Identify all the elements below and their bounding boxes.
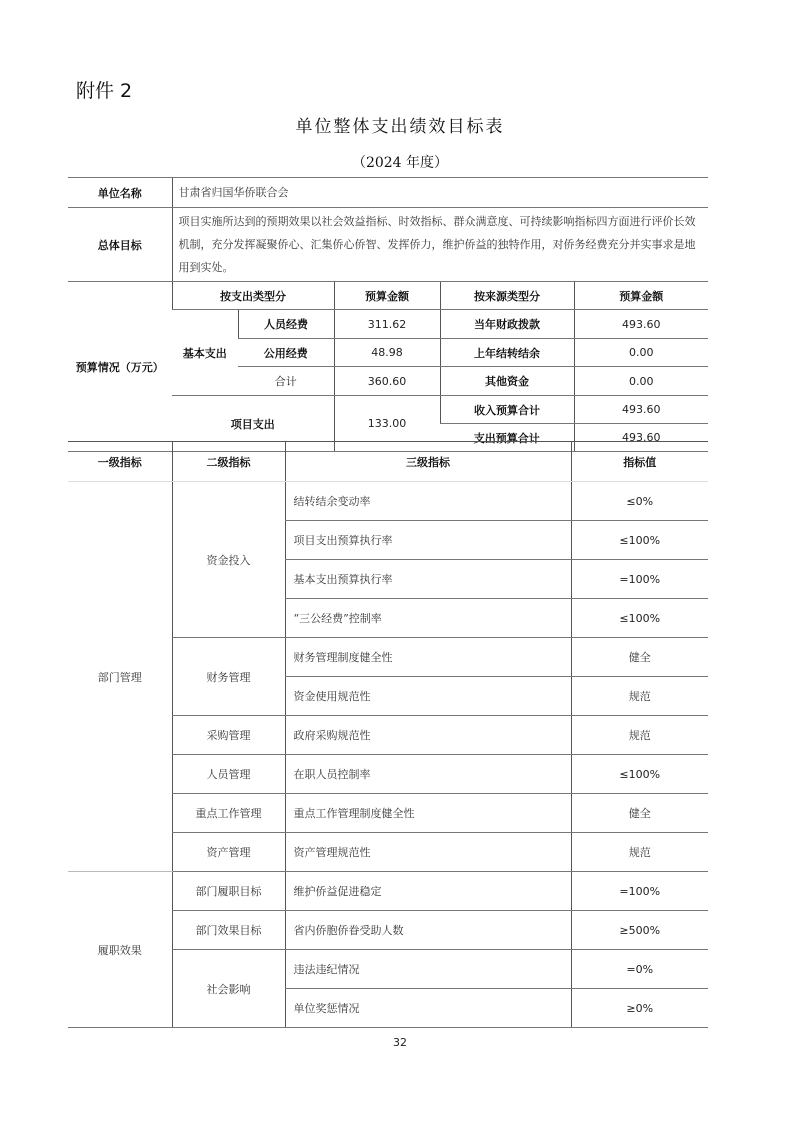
indicator-value: 健全 [571, 638, 708, 677]
source-name: 收入预算合计 [440, 396, 574, 424]
expense-amount: 360.60 [334, 367, 440, 396]
source-name: 当年财政拨款 [440, 310, 574, 339]
expense-name: 人员经费 [238, 310, 334, 339]
expense-name: 合计 [238, 367, 334, 396]
level2-cell: 部门履职目标 [172, 872, 285, 911]
level2-cell: 财务管理 [172, 638, 285, 716]
indicator-value: ≤100% [571, 755, 708, 794]
header-level3: 三级指标 [285, 442, 571, 482]
level3-cell: 违法违纪情况 [285, 950, 571, 989]
unit-name-value: 甘肃省归国华侨联合会 [172, 178, 708, 208]
indicator-value: =100% [571, 560, 708, 599]
level3-cell: 维护侨益促进稳定 [285, 872, 571, 911]
level3-cell: 结转结余变动率 [285, 482, 571, 521]
level2-cell: 重点工作管理 [172, 794, 285, 833]
level3-cell: 基本支出预算执行率 [285, 560, 571, 599]
level3-cell: “三公经费”控制率 [285, 599, 571, 638]
level3-cell: 项目支出预算执行率 [285, 521, 571, 560]
indicator-value: ≤0% [571, 482, 708, 521]
source-amount: 493.60 [574, 396, 708, 424]
expense-name: 公用经费 [238, 339, 334, 367]
indicator-value: 规范 [571, 716, 708, 755]
header-by-expense-type: 按支出类型分 [172, 282, 334, 310]
indicator-value: 健全 [571, 794, 708, 833]
indicator-value: 规范 [571, 833, 708, 872]
expense-amount: 48.98 [334, 339, 440, 367]
indicator-value: ≥0% [571, 989, 708, 1028]
indicator-value: ≥500% [571, 911, 708, 950]
level3-cell: 资金使用规范性 [285, 677, 571, 716]
document-title: 单位整体支出绩效目标表 [0, 112, 800, 137]
indicator-value: ≤100% [571, 521, 708, 560]
indicator-value: ≤100% [571, 599, 708, 638]
level3-cell: 重点工作管理制度健全性 [285, 794, 571, 833]
level3-cell: 在职人员控制率 [285, 755, 571, 794]
header-amount-1: 预算金额 [334, 282, 440, 310]
source-amount: 0.00 [574, 367, 708, 396]
unit-name-label: 单位名称 [68, 178, 172, 208]
indicator-row: 部门管理 资金投入 结转结余变动率 ≤0% [68, 482, 708, 521]
header-value: 指标值 [571, 442, 708, 482]
level3-cell: 政府采购规范性 [285, 716, 571, 755]
level2-cell: 采购管理 [172, 716, 285, 755]
level2-cell: 部门效果目标 [172, 911, 285, 950]
indicator-value: =100% [571, 872, 708, 911]
level2-cell: 社会影响 [172, 950, 285, 1028]
source-name: 上年结转结余 [440, 339, 574, 367]
indicator-row: 履职效果 部门履职目标 维护侨益促进稳定 =100% [68, 872, 708, 911]
level3-cell: 单位奖惩情况 [285, 989, 571, 1028]
overall-goal-row: 总体目标 项目实施所达到的预期效果以社会效益指标、时效指标、群众满意度、可持续影… [68, 208, 708, 282]
source-name: 其他资金 [440, 367, 574, 396]
source-amount: 493.60 [574, 310, 708, 339]
header-by-source-type: 按来源类型分 [440, 282, 574, 310]
indicator-header-row: 一级指标 二级指标 三级指标 指标值 [68, 442, 708, 482]
unit-name-row: 单位名称 甘肃省归国华侨联合会 [68, 178, 708, 208]
budget-label: 预算情况（万元） [68, 282, 172, 452]
level2-cell: 资金投入 [172, 482, 285, 638]
level1-cell: 履职效果 [68, 872, 172, 1028]
source-amount: 0.00 [574, 339, 708, 367]
level2-cell: 人员管理 [172, 755, 285, 794]
overall-goal-label: 总体目标 [68, 208, 172, 282]
budget-summary-table: 单位名称 甘肃省归国华侨联合会 总体目标 项目实施所达到的预期效果以社会效益指标… [68, 177, 708, 452]
header-level2: 二级指标 [172, 442, 285, 482]
level1-cell: 部门管理 [68, 482, 172, 872]
indicator-value: 规范 [571, 677, 708, 716]
annex-label: 附件 2 [76, 76, 132, 103]
indicator-value: =0% [571, 950, 708, 989]
expense-amount: 311.62 [334, 310, 440, 339]
budget-header-row: 预算情况（万元） 按支出类型分 预算金额 按来源类型分 预算金额 [68, 282, 708, 310]
header-amount-2: 预算金额 [574, 282, 708, 310]
level3-cell: 资产管理规范性 [285, 833, 571, 872]
basic-expense-label: 基本支出 [172, 310, 238, 396]
overall-goal-value: 项目实施所达到的预期效果以社会效益指标、时效指标、群众满意度、可持续影响指标四方… [172, 208, 708, 282]
level2-cell: 资产管理 [172, 833, 285, 872]
page-number: 32 [0, 1036, 800, 1049]
level3-cell: 财务管理制度健全性 [285, 638, 571, 677]
fiscal-year: （2024 年度） [0, 152, 800, 172]
level3-cell: 省内侨胞侨眷受助人数 [285, 911, 571, 950]
header-level1: 一级指标 [68, 442, 172, 482]
performance-indicator-table: 一级指标 二级指标 三级指标 指标值 部门管理 资金投入 结转结余变动率 ≤0%… [68, 441, 708, 1028]
